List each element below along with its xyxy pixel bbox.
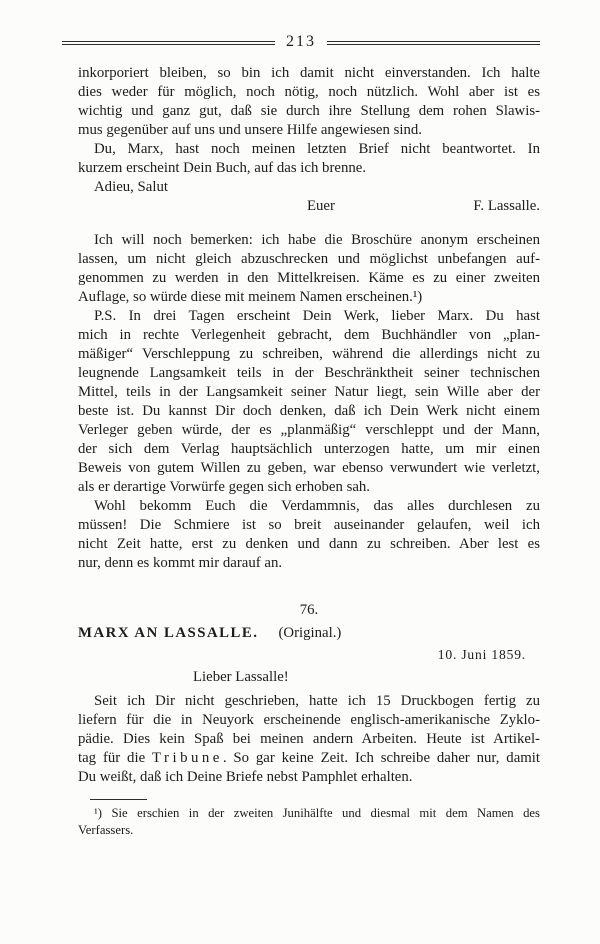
book-page: 213 inkorporiert bleiben, so bin ich dam… <box>0 0 600 944</box>
letterspaced-word: Tribune <box>152 750 223 766</box>
section-number: 76. <box>78 601 540 620</box>
text-segment: tag für die <box>78 750 152 766</box>
page-number: 213 <box>286 34 316 52</box>
text-line: lassen, um nicht gleich abzuschrecken un… <box>78 250 540 269</box>
text-line: tag für die Tribune. So gar keine Zeit. … <box>78 749 540 768</box>
paragraph: Ich will noch bemerken: ich habe die Bro… <box>78 231 540 307</box>
salutation: Lieber Lassalle! <box>193 668 540 687</box>
text-line: Verleger geben würde, der es „planmäßig“… <box>78 421 540 440</box>
signature-row: EuerF. Lassalle. <box>78 197 540 216</box>
text-line: Du weißt, daß ich Deine Briefe nebst Pam… <box>78 768 540 787</box>
text-line: Ich will noch bemerken: ich habe die Bro… <box>78 231 540 250</box>
text-line: Mittel, teils in der Langsamkeit seiner … <box>78 383 540 402</box>
footnote-separator <box>90 799 147 800</box>
letter-heading: MARX AN LASSALLE.(Original.) <box>78 624 540 643</box>
text-line: Du, Marx, hast noch meinen letzten Brief… <box>78 140 540 159</box>
text-line: dies weder für möglich, noch nötig, noch… <box>78 83 540 102</box>
text-segment: . So gar keine Zeit. Ich schreibe daher … <box>223 750 540 766</box>
page-header: 213 <box>62 34 540 52</box>
paragraph: Du, Marx, hast noch meinen letzten Brief… <box>78 140 540 178</box>
text-line: pädie. Dies kein Spaß bei meinen andern … <box>78 730 540 749</box>
text-line: Seit ich Dir nicht geschrieben, hatte ic… <box>78 692 540 711</box>
text-line: Wohl bekomm Euch die Verdammnis, das all… <box>78 497 540 516</box>
letter-heading-note: (Original.) <box>278 625 341 641</box>
signature-name: F. Lassalle. <box>473 197 540 216</box>
text-line: der sich dem Verlag hauptsächlich unterz… <box>78 440 540 459</box>
text-line: nicht Zeit hatte, erst zu denken und dan… <box>78 535 540 554</box>
footnote: ¹) Sie erschien in der zweiten Junihälft… <box>78 805 540 838</box>
paragraph: Seit ich Dir nicht geschrieben, hatte ic… <box>78 692 540 787</box>
text-line: inkorporiert bleiben, so bin ich damit n… <box>78 64 540 83</box>
text-line: kurzem erscheint Dein Buch, auf das ich … <box>78 159 540 178</box>
letter-heading-title: MARX AN LASSALLE. <box>78 625 258 641</box>
paragraph: inkorporiert bleiben, so bin ich damit n… <box>78 64 540 140</box>
text-line: Verfassers. <box>78 822 540 839</box>
text-line: ¹) Sie erschien in der zweiten Junihälft… <box>78 805 540 822</box>
text-line: als er derartige Vorwürfe gegen sich erh… <box>78 478 540 497</box>
header-rule-left <box>62 41 275 45</box>
text-line: liefern für die in Neuyork erscheinende … <box>78 711 540 730</box>
text-line: Beweis von gutem Willen zu geben, war eb… <box>78 459 540 478</box>
text-line: Adieu, Salut <box>78 178 540 197</box>
paragraph: Wohl bekomm Euch die Verdammnis, das all… <box>78 497 540 573</box>
text-line: P.S. In drei Tagen erscheint Dein Werk, … <box>78 307 540 326</box>
text-block: inkorporiert bleiben, so bin ich damit n… <box>78 64 540 838</box>
text-line: beste ist. Du kannst Dir doch denken, da… <box>78 402 540 421</box>
paragraph: Adieu, Salut <box>78 178 540 197</box>
paragraph: P.S. In drei Tagen erscheint Dein Werk, … <box>78 307 540 497</box>
text-line: mich in rechte Verlegenheit gebracht, de… <box>78 326 540 345</box>
header-rule-right <box>327 41 540 45</box>
date-line: 10. Juni 1859. <box>78 646 540 664</box>
text-line: mus gegenüber auf uns und unsere Hilfe a… <box>78 121 540 140</box>
text-line: nur, denn es kommt mir darauf an. <box>78 554 540 573</box>
text-line: müssen! Die Schmiere ist so breit ausein… <box>78 516 540 535</box>
signature-closing: Euer <box>307 197 335 216</box>
text-line: genommen zu werden in den Mittelkreisen.… <box>78 269 540 288</box>
text-line: wichtig und ganz gut, daß sie durch ihre… <box>78 102 540 121</box>
text-line: Auflage, so würde diese mit meinem Namen… <box>78 288 540 307</box>
text-line: mäßiger“ Verschleppung zu schreiben, wäh… <box>78 345 540 364</box>
text-line: leugnende Langsamkeit teils in der Besch… <box>78 364 540 383</box>
